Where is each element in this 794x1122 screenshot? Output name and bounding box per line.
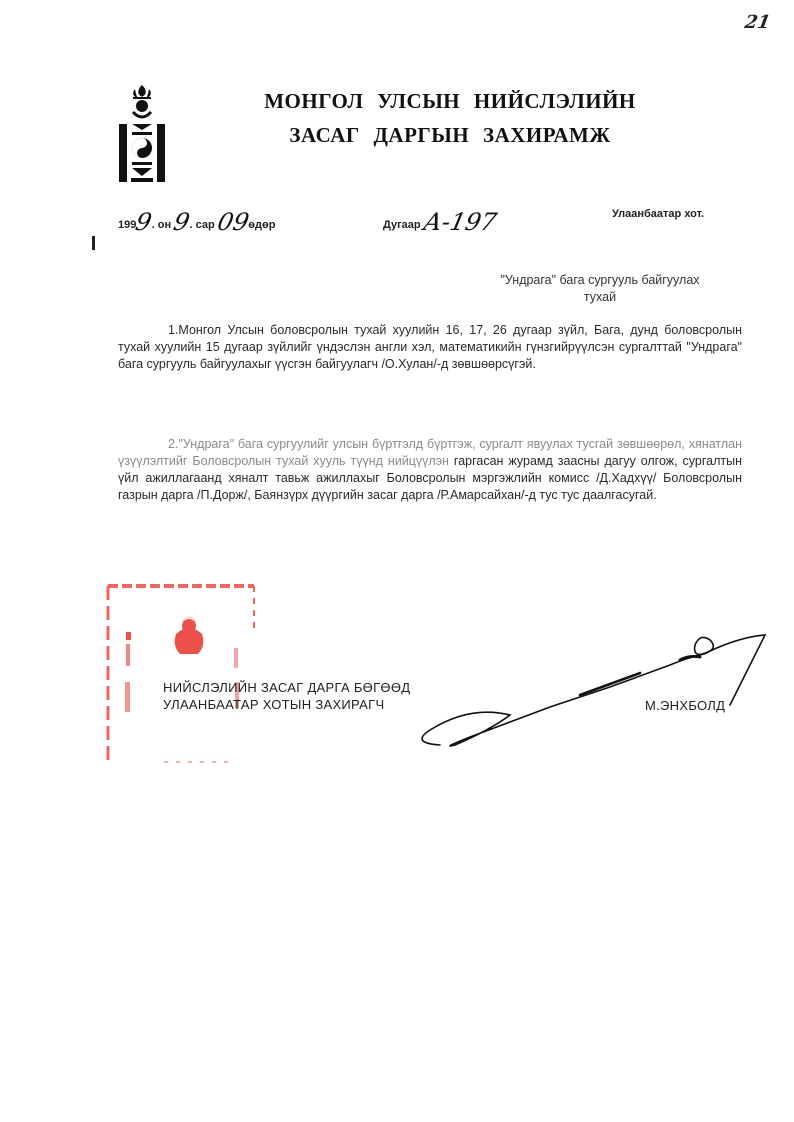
document-number: Дугаар А-197 [383,208,496,236]
number-label: Дугаар [383,219,424,231]
date-month-suffix: . сар [189,219,217,231]
subject-line1: "Ундрага" бага сургууль байгуулах [450,272,750,289]
signatory-title: НИЙСЛЭЛИЙН ЗАСАГ ДАРГА БӨГӨӨД УЛААНБААТА… [163,679,410,713]
signatory-title-line1: НИЙСЛЭЛИЙН ЗАСАГ ДАРГА БӨГӨӨД [163,679,410,696]
soyombo-emblem-icon [116,84,168,184]
document-date: 1999. он 9. сар 09өдөр [118,208,275,236]
header-title-line1: МОНГОЛ УЛСЫН НИЙСЛЭЛИЙН [230,84,670,118]
date-year-suffix: . он [152,219,175,231]
margin-mark [92,236,95,250]
signatory-title-line2: УЛААНБААТАР ХОТЫН ЗАХИРАГЧ [163,696,410,713]
paragraph-1-text: 1.Монгол Улсын боловсролын тухай хуулийн… [118,323,742,371]
body-paragraph-2: 2."Ундрага" бага сургуулийг улсын бүртгэ… [118,436,742,504]
page-number: 21 [743,12,772,33]
document-header-title: МОНГОЛ УЛСЫН НИЙСЛЭЛИЙН ЗАСАГ ДАРГЫН ЗАХ… [230,84,670,152]
document-city: Улаанбаатар хот. [612,208,704,220]
date-month-handwritten: 9 [171,208,192,236]
official-stamp-icon [104,582,274,772]
document-subject: "Ундрага" бага сургууль байгуулах тухай [450,272,750,306]
number-value-handwritten: А-197 [421,208,499,236]
subject-line2: тухай [450,289,750,306]
header-title-line2: ЗАСАГ ДАРГЫН ЗАХИРАМЖ [230,118,670,152]
date-day-handwritten: 09 [215,208,251,236]
body-paragraph-1: 1.Монгол Улсын боловсролын тухай хуулийн… [118,322,742,373]
handwritten-signature-icon [410,625,770,760]
date-day-suffix: өдөр [248,219,275,231]
